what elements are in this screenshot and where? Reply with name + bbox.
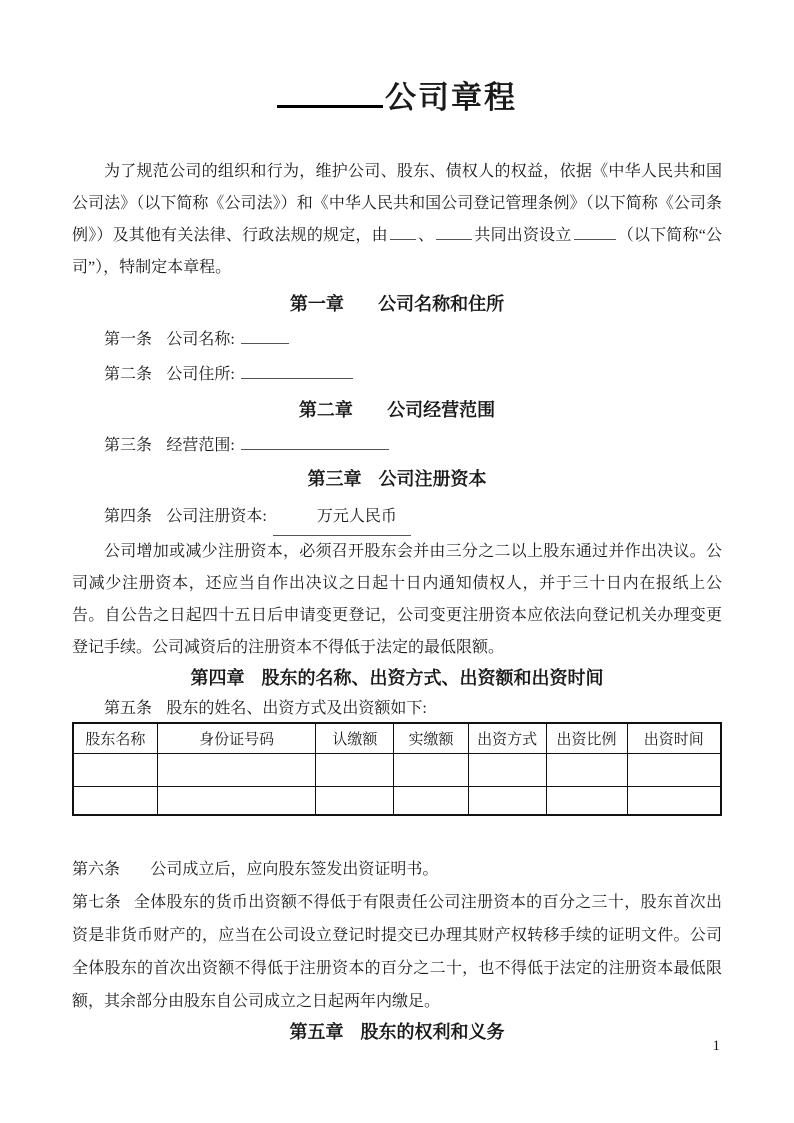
table-cell: [546, 753, 627, 786]
document-page: 公司章程 为了规范公司的组织和行为，维护公司、股东、债权人的权益，依据《中华人民…: [0, 0, 794, 1123]
article-7-label: 第七条: [72, 894, 121, 911]
blank-investor-1: [390, 225, 416, 240]
chapter-2-heading: 第二章公司经营范围: [72, 398, 722, 422]
column-header-id-number: 身份证号码: [157, 723, 316, 753]
article-6-text: 公司成立后，应向股东签发出资证明书。: [150, 861, 438, 878]
title-blank-line: [277, 78, 383, 108]
chapter-1-title: 公司名称和住所: [378, 294, 504, 314]
chapter-2-label: 第二章: [299, 400, 353, 420]
intro-text-2: 共同出资设立: [474, 227, 571, 244]
table-cell: [316, 753, 394, 786]
document-title: 公司章程: [72, 78, 722, 118]
article-3-text: 经营范围:: [166, 437, 234, 454]
article-1: 第一条公司名称:: [72, 322, 722, 357]
column-header-contribution-time: 出资时间: [627, 723, 721, 753]
capital-paragraph: 公司增加或减少注册资本，必须召开股东会并由三分之二以上股东通过并作出决议。公司减…: [72, 536, 722, 664]
table-row: [73, 753, 721, 786]
chapter-2-title: 公司经营范围: [387, 400, 495, 420]
column-header-subscribed-amount: 认缴额: [316, 723, 394, 753]
article-6-label: 第六条: [72, 861, 120, 878]
article-7: 第七条全体股东的货币出资额不得低于有限责任公司注册资本的百分之三十，股东首次出资…: [72, 886, 722, 1018]
article-3: 第三条经营范围:: [72, 428, 722, 463]
chapter-5-label: 第五章: [289, 1022, 343, 1042]
table-cell: [157, 786, 316, 815]
article-5-label: 第五条: [104, 700, 152, 717]
table-cell: [73, 753, 157, 786]
chapter-5-title: 股东的权利和义务: [361, 1022, 505, 1042]
table-row: [73, 786, 721, 815]
intro-paragraph: 为了规范公司的组织和行为，维护公司、股东、债权人的权益，依据《中华人民共和国公司…: [72, 156, 722, 284]
article-6: 第六条公司成立后，应向股东签发出资证明书。: [72, 853, 722, 886]
chapter-1-label: 第一章: [290, 294, 344, 314]
blank-registered-capital-field: 万元人民币: [273, 499, 411, 536]
article-4: 第四条公司注册资本:万元人民币: [72, 499, 722, 536]
table-cell: [73, 786, 157, 815]
table-cell: [468, 753, 546, 786]
column-header-paid-amount: 实缴额: [394, 723, 469, 753]
shareholder-table-header: 股东名称 身份证号码 认缴额 实缴额 出资方式 出资比例 出资时间: [73, 723, 721, 753]
blank-business-scope-field: [241, 435, 389, 450]
article-4-text: 公司注册资本:: [166, 508, 266, 525]
title-text: 公司章程: [385, 80, 517, 115]
blank-company-address-field: [241, 364, 353, 379]
chapter-5-heading: 第五章股东的权利和义务: [72, 1020, 722, 1044]
table-cell: [627, 786, 721, 815]
article-5-text: 股东的姓名、出资方式及出资额如下:: [166, 700, 426, 717]
article-1-label: 第一条: [104, 331, 152, 348]
blank-investor-2: [436, 225, 472, 240]
table-cell: [316, 786, 394, 815]
chapter-1-heading: 第一章公司名称和住所: [72, 292, 722, 316]
table-cell: [546, 786, 627, 815]
article-4-label: 第四条: [104, 508, 152, 525]
article-1-text: 公司名称:: [166, 331, 234, 348]
article-2-text: 公司住所:: [166, 366, 234, 383]
article-5: 第五条股东的姓名、出资方式及出资额如下:: [72, 696, 722, 722]
intro-separator: 、: [418, 227, 434, 244]
table-header-row: 股东名称 身份证号码 认缴额 实缴额 出资方式 出资比例 出资时间: [73, 723, 721, 753]
chapter-4-title: 股东的名称、出资方式、出资额和出资时间: [262, 668, 604, 688]
chapter-3-heading: 第三章公司注册资本: [72, 467, 722, 491]
capital-unit-text: 万元人民币: [317, 508, 397, 525]
column-header-contribution-method: 出资方式: [468, 723, 546, 753]
table-cell: [157, 753, 316, 786]
capital-paragraph-text: 公司增加或减少注册资本，必须召开股东会并由三分之二以上股东通过并作出决议。公司减…: [72, 543, 722, 656]
blank-company-name-field: [241, 329, 289, 344]
article-2-label: 第二条: [104, 366, 152, 383]
shareholder-table: 股东名称 身份证号码 认缴额 实缴额 出资方式 出资比例 出资时间: [72, 722, 722, 816]
table-cell: [394, 753, 469, 786]
article-7-text: 全体股东的货币出资额不得低于有限责任公司注册资本的百分之三十，股东首次出资是非货…: [72, 894, 722, 1010]
articles-6-7-block: 第六条公司成立后，应向股东签发出资证明书。 第七条全体股东的货币出资额不得低于有…: [72, 853, 722, 1018]
table-cell: [394, 786, 469, 815]
page-number: 1: [713, 1038, 721, 1055]
column-header-shareholder-name: 股东名称: [73, 723, 157, 753]
chapter-4-heading: 第四章股东的名称、出资方式、出资额和出资时间: [72, 666, 722, 690]
table-cell: [468, 786, 546, 815]
article-3-label: 第三条: [104, 437, 152, 454]
chapter-4-label: 第四章: [190, 668, 244, 688]
blank-company-name: [574, 225, 616, 240]
table-cell: [627, 753, 721, 786]
column-header-contribution-ratio: 出资比例: [546, 723, 627, 753]
article-2: 第二条公司住所:: [72, 357, 722, 392]
chapter-3-title: 公司注册资本: [379, 469, 487, 489]
shareholder-table-body: [73, 753, 721, 815]
chapter-3-label: 第三章: [307, 469, 361, 489]
